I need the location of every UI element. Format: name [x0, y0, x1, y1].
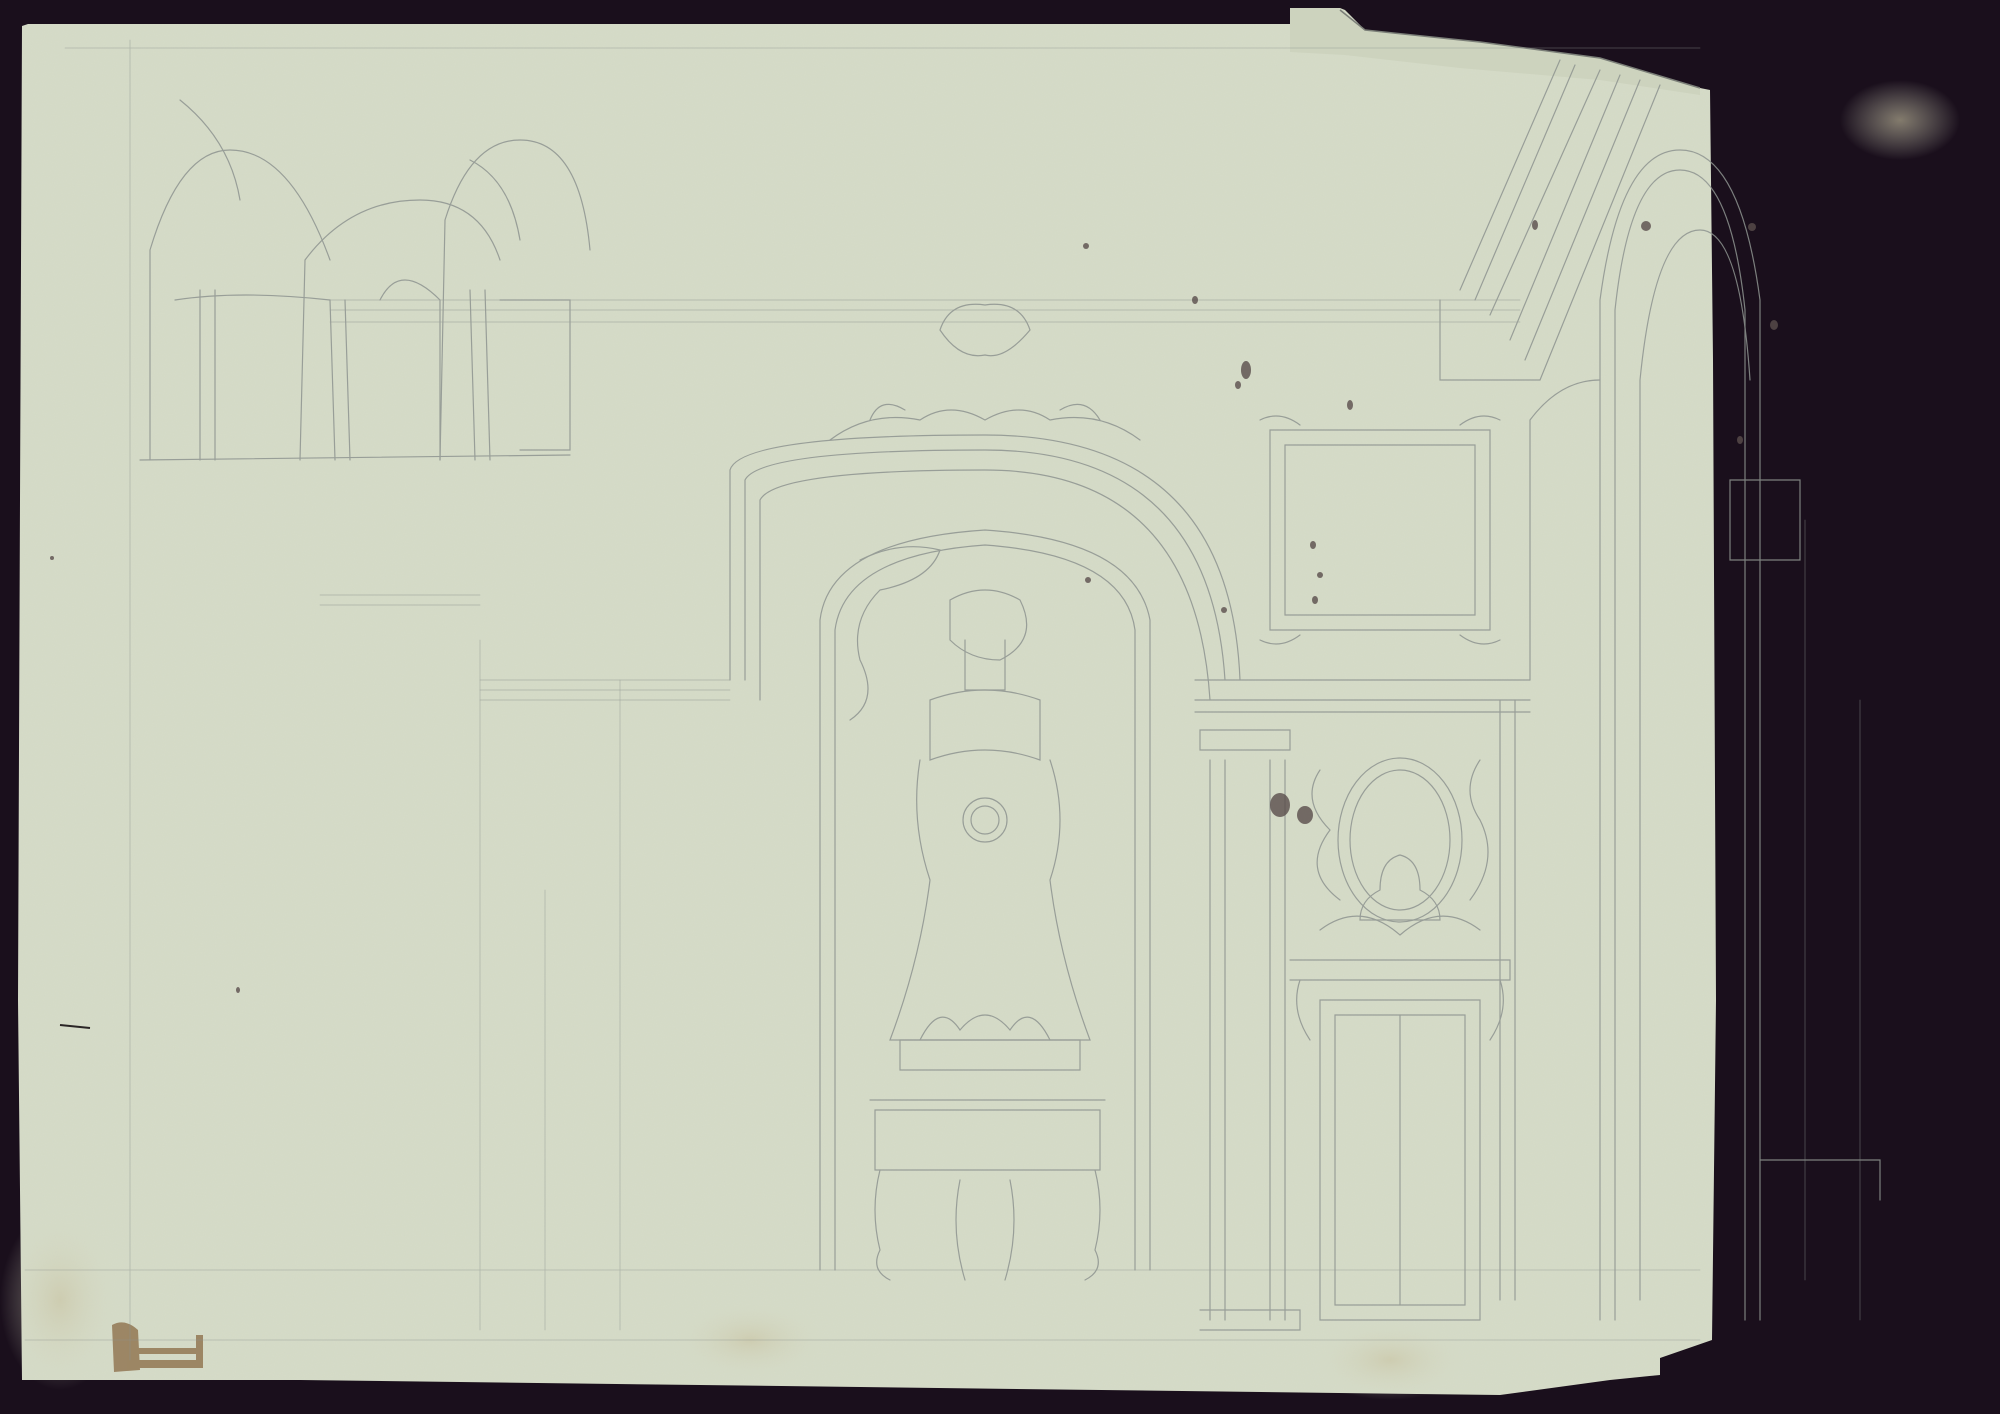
drawing-canvas: [0, 0, 2000, 1414]
scanned-drawing: [0, 0, 2000, 1414]
